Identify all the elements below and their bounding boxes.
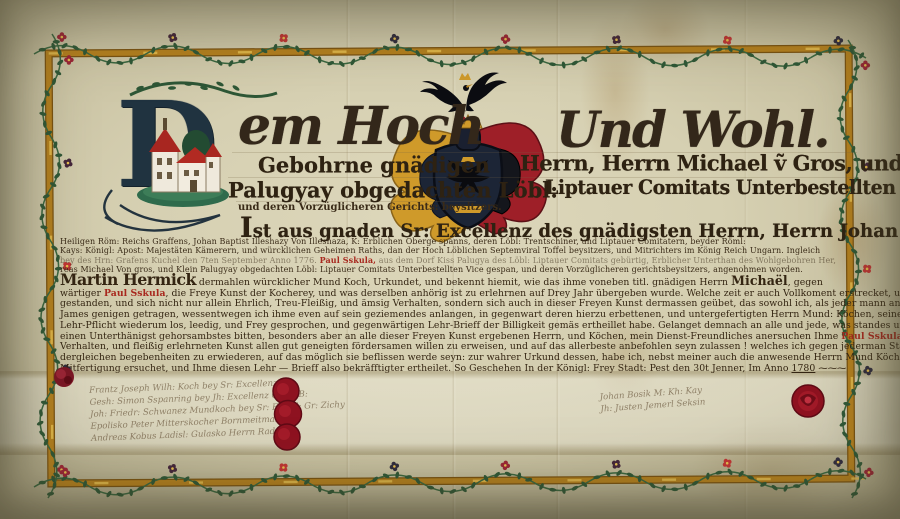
castle-illustration (137, 118, 229, 207)
red-wax-seal-stack (273, 378, 302, 450)
parchment-document: D em Hoch Und Wohl. Gebohrne gnädigen He… (0, 0, 900, 519)
red-wax-rose-seal (792, 385, 824, 417)
seal-layer (0, 0, 900, 519)
border-rose (54, 367, 74, 387)
